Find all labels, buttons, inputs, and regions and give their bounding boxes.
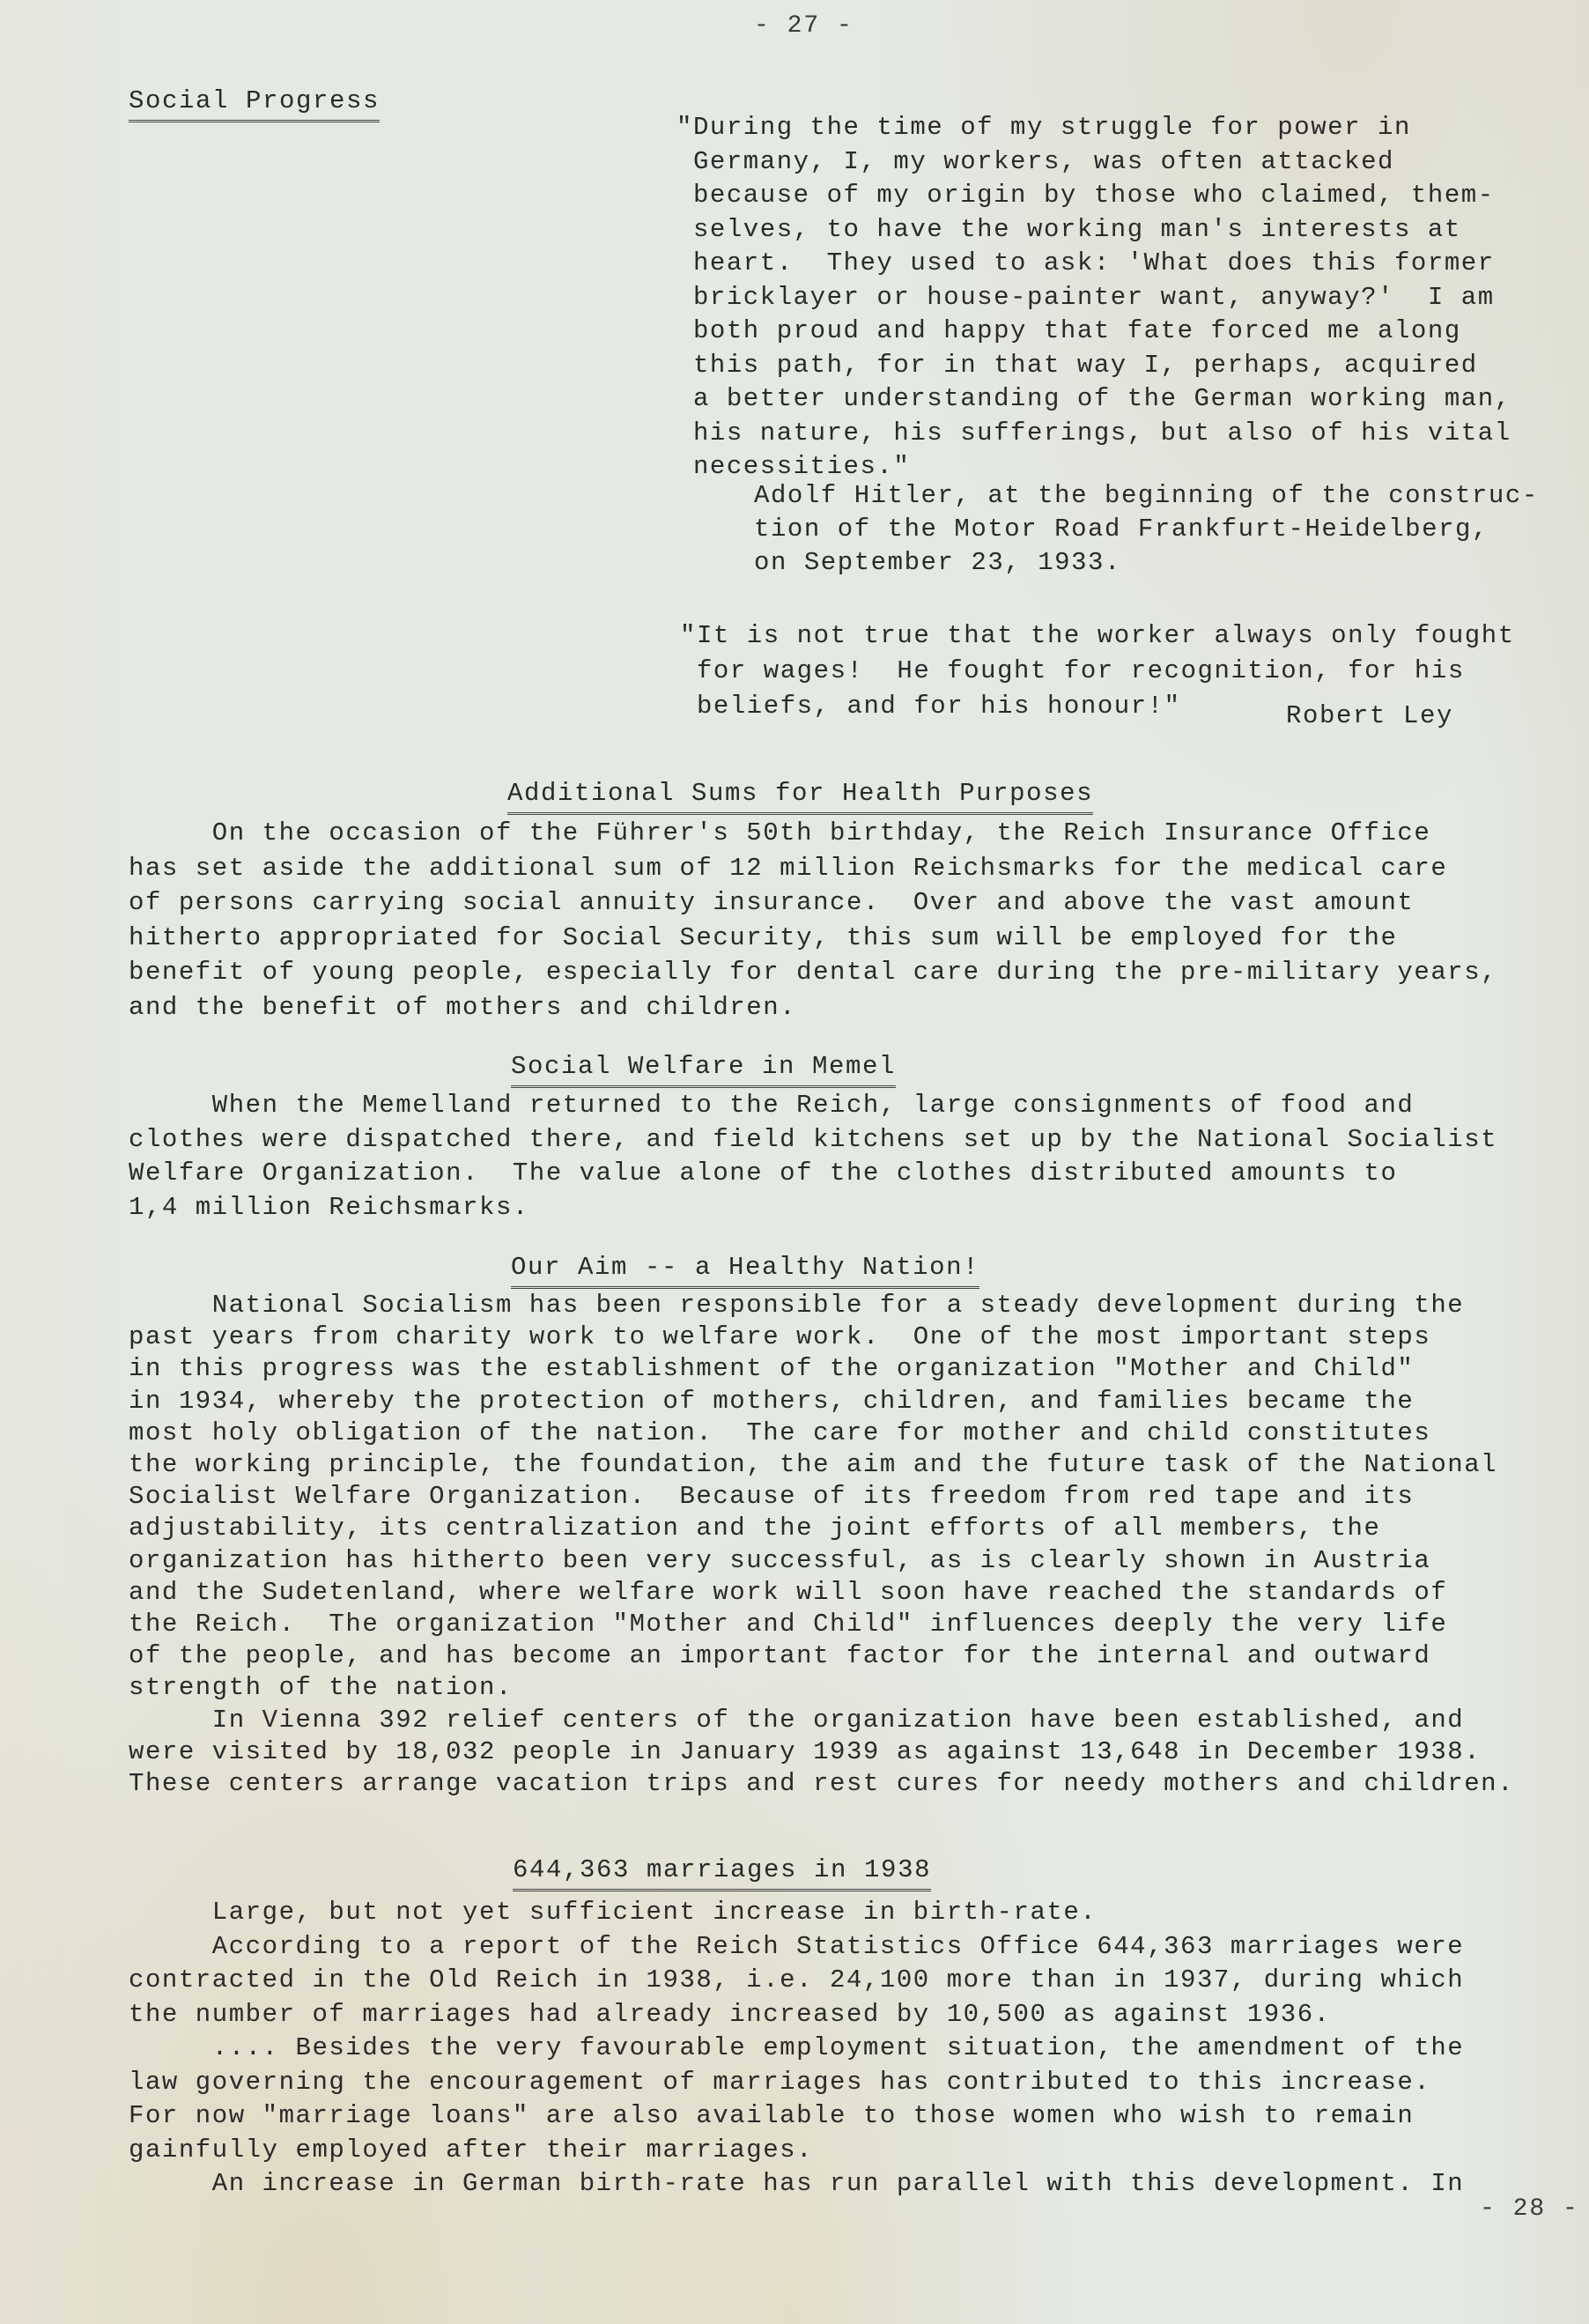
quote-line: for wages! He fought for recognition, fo… xyxy=(680,654,1515,689)
quote-line: a better understanding of the German wor… xyxy=(676,382,1511,417)
attribution-line: on September 23, 1933. xyxy=(754,546,1539,580)
text-line: in this progress was the establishment o… xyxy=(129,1353,1514,1385)
text-line: the working principle, the foundation, t… xyxy=(129,1449,1514,1481)
text-line: in 1934, whereby the protection of mothe… xyxy=(129,1386,1514,1417)
attribution-line: tion of the Motor Road Frankfurt-Heidelb… xyxy=(754,513,1539,546)
quote-line: both proud and happy that fate forced me… xyxy=(676,315,1511,349)
text-line: contracted in the Old Reich in 1938, i.e… xyxy=(129,1964,1464,1998)
text-line: past years from charity work to welfare … xyxy=(129,1321,1514,1353)
text-line: organization has hitherto been very succ… xyxy=(129,1545,1514,1577)
text-line: of persons carrying social annuity insur… xyxy=(129,885,1497,921)
paragraph-marriages-1938: Large, but not yet sufficient increase i… xyxy=(129,1896,1464,2202)
text-line: has set aside the additional sum of 12 m… xyxy=(129,851,1497,886)
heading-healthy-nation: Our Aim -- a Healthy Nation! xyxy=(511,1251,979,1289)
quote-attribution-hitler: Adolf Hitler, at the beginning of the co… xyxy=(754,479,1539,580)
text-line: National Socialism has been responsible … xyxy=(129,1290,1514,1321)
text-line: were visited by 18,032 people in January… xyxy=(129,1736,1514,1768)
text-line: gainfully employed after their marriages… xyxy=(129,2134,1464,2168)
document-page: - 27 - Social Progress "During the time … xyxy=(0,0,1589,2324)
quote-line: this path, for in that way I, perhaps, a… xyxy=(676,349,1511,383)
text-line: Socialist Welfare Organization. Because … xyxy=(129,1481,1514,1513)
quote-attribution-ley: Robert Ley xyxy=(1286,699,1453,733)
attribution-line: Adolf Hitler, at the beginning of the co… xyxy=(754,479,1539,513)
text-line: the number of marriages had already incr… xyxy=(129,1998,1464,2032)
text-line: Welfare Organization. The value alone of… xyxy=(129,1157,1497,1191)
text-line: These centers arrange vacation trips and… xyxy=(129,1768,1514,1800)
text-line: the Reich. The organization "Mother and … xyxy=(129,1609,1514,1640)
quote-hitler: "During the time of my struggle for powe… xyxy=(676,111,1511,485)
text-line: In Vienna 392 relief centers of the orga… xyxy=(129,1705,1514,1736)
heading-marriages-1938: 644,363 marriages in 1938 xyxy=(513,1854,931,1891)
quote-line: "It is not true that the worker always o… xyxy=(680,618,1515,654)
text-line: .... Besides the very favourable employm… xyxy=(129,2032,1464,2066)
text-line: law governing the encouragement of marri… xyxy=(129,2066,1464,2100)
paragraph-welfare-memel: When the Memelland returned to the Reich… xyxy=(129,1089,1497,1225)
text-line: When the Memelland returned to the Reich… xyxy=(129,1089,1497,1123)
text-line: 1,4 million Reichsmarks. xyxy=(129,1191,1497,1225)
text-line: According to a report of the Reich Stati… xyxy=(129,1930,1464,1965)
page-number-top: - 27 - xyxy=(754,12,854,40)
text-line: hitherto appropriated for Social Securit… xyxy=(129,921,1497,956)
text-line: strength of the nation. xyxy=(129,1672,1514,1704)
text-line: of the people, and has become an importa… xyxy=(129,1640,1514,1672)
text-line: For now "marriage loans" are also availa… xyxy=(129,2099,1464,2134)
quote-line: because of my origin by those who claime… xyxy=(676,179,1511,213)
quote-line: bricklayer or house-painter want, anyway… xyxy=(676,281,1511,315)
quote-line: Germany, I, my workers, was often attack… xyxy=(676,145,1511,180)
text-line: benefit of young people, especially for … xyxy=(129,955,1497,990)
quote-line: "During the time of my struggle for powe… xyxy=(676,111,1511,145)
section-title: Social Progress xyxy=(129,85,380,122)
text-line: On the occasion of the Führer's 50th bir… xyxy=(129,816,1497,851)
text-line: Large, but not yet sufficient increase i… xyxy=(129,1896,1464,1930)
text-line: and the benefit of mothers and children. xyxy=(129,990,1497,1025)
quote-line: selves, to have the working man's intere… xyxy=(676,213,1511,248)
heading-welfare-memel: Social Welfare in Memel xyxy=(511,1050,896,1088)
paragraph-healthy-nation: National Socialism has been responsible … xyxy=(129,1290,1514,1800)
quote-line: his nature, his sufferings, but also of … xyxy=(676,417,1511,451)
paragraph-health-purposes: On the occasion of the Führer's 50th bir… xyxy=(129,816,1497,1025)
text-line: and the Sudetenland, where welfare work … xyxy=(129,1577,1514,1609)
text-line: most holy obligation of the nation. The … xyxy=(129,1417,1514,1449)
quote-line: heart. They used to ask: 'What does this… xyxy=(676,247,1511,281)
heading-health-purposes: Additional Sums for Health Purposes xyxy=(507,777,1093,815)
text-line: An increase in German birth-rate has run… xyxy=(129,2167,1464,2202)
page-number-bottom: - 28 - xyxy=(1480,2195,1579,2223)
text-line: adjustability, its centralization and th… xyxy=(129,1513,1514,1544)
text-line: clothes were dispatched there, and field… xyxy=(129,1123,1497,1158)
